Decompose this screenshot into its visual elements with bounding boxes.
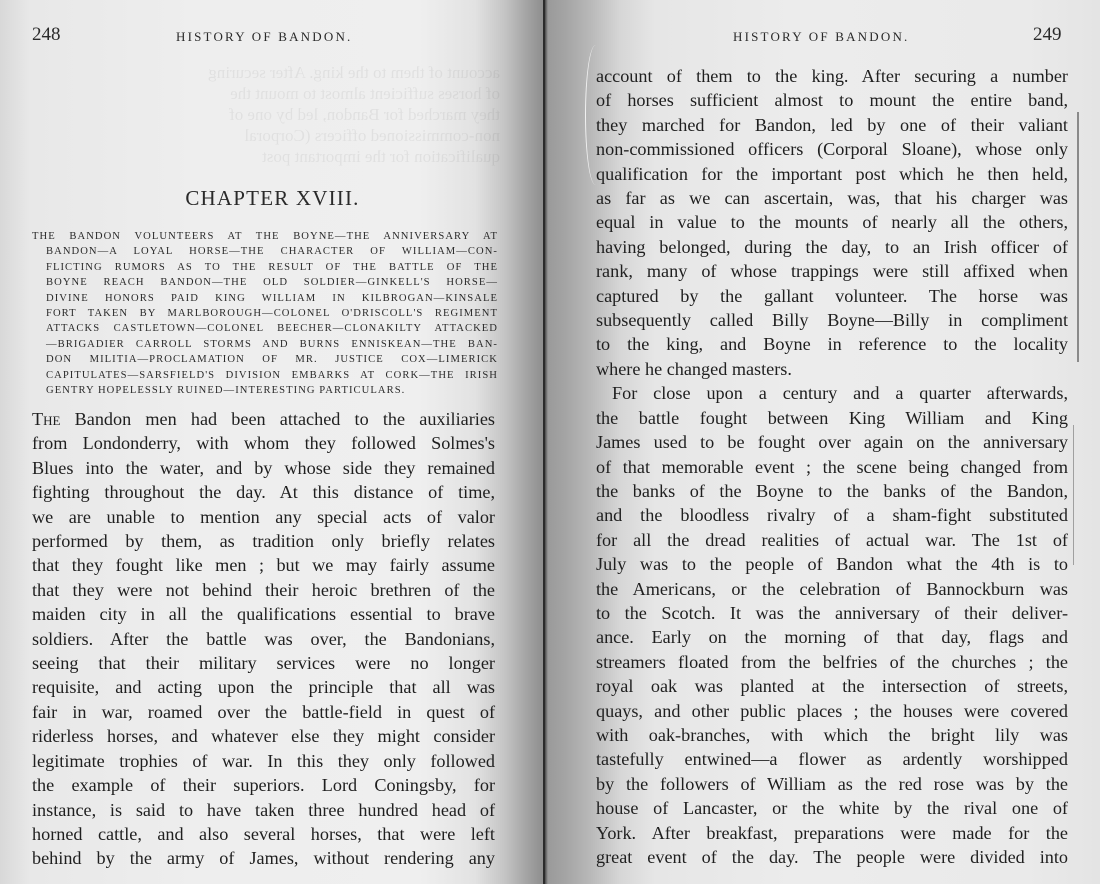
book-spread: 248 HISTORY OF BANDON. account of them t…	[0, 0, 1100, 884]
body-line: with oak-branches, with which the bright…	[596, 723, 1068, 747]
body-line: for all the dread realities of actual wa…	[596, 528, 1068, 552]
synopsis-line: CAPITULATES—SARSFIELD'S DIVISION EMBARKS…	[32, 368, 498, 383]
body-line: non-commissioned officers (Corporal Sloa…	[596, 137, 1068, 161]
running-head-right: HISTORY OF BANDON.	[733, 29, 909, 45]
synopsis-line: —BRIGADIER CARROLL STORMS AND BURNS ENNI…	[32, 337, 498, 352]
synopsis-line: GENTRY HOPELESSLY RUINED—INTERESTING PAR…	[32, 383, 498, 398]
body-line: horned cattle, and also several horses, …	[32, 822, 495, 846]
body-line: the example of their superiors. Lord Con…	[32, 773, 495, 797]
body-line: Blues into the water, and by whose side …	[32, 456, 495, 480]
body-line: rank, many of whose trappings were still…	[596, 259, 1068, 283]
body-line: by the followers of William as the red r…	[596, 772, 1068, 796]
synopsis-line: DON MILITIA—PROCLAMATION OF MR. JUSTICE …	[32, 352, 498, 367]
body-line: as far as we can ascertain, was, that hi…	[596, 186, 1068, 210]
bleed-through-text: account of them to the king. After secur…	[200, 62, 500, 167]
running-head-left: HISTORY OF BANDON.	[176, 29, 352, 45]
body-line: subsequently called Billy Boyne—Billy in…	[596, 308, 1068, 332]
body-line: to the king, and Boyne in reference to t…	[596, 332, 1068, 356]
body-line: fair in war, roamed over the battle-fiel…	[32, 700, 495, 724]
pencil-margin-mark	[1077, 112, 1079, 362]
synopsis-line: THE BANDON VOLUNTEERS AT THE BOYNE—THE A…	[32, 229, 498, 244]
body-line: legitimate trophies of war. In this they…	[32, 749, 495, 773]
synopsis-line: DIVINE HONORS PAID KING WILLIAM IN KILBR…	[32, 291, 498, 306]
body-line: to the Scotch. It was the anniversary of…	[596, 601, 1068, 625]
synopsis-line: FLICTING RUMORS AS TO THE RESULT OF THE …	[32, 260, 498, 275]
body-line: streamers floated from the belfries of t…	[596, 650, 1068, 674]
body-line: we are unable to mention any special act…	[32, 505, 495, 529]
left-body-text: The Bandon men had been attached to the …	[32, 407, 495, 871]
body-line: fighting throughout the day. At this dis…	[32, 480, 495, 504]
synopsis-line: BOYNE REACH BANDON—THE OLD SOLDIER—GINKE…	[32, 275, 498, 290]
body-line: soldiers. After the battle was over, the…	[32, 627, 495, 651]
body-line: For close upon a century and a quarter a…	[596, 381, 1068, 405]
body-line: the banks of the Boyne to the banks of t…	[596, 479, 1068, 503]
body-line: from Londonderry, with whom they followe…	[32, 431, 495, 455]
pencil-margin-mark	[1073, 425, 1074, 565]
body-line: that they were not behind their heroic b…	[32, 578, 495, 602]
body-line: house of Lancaster, or the white by the …	[596, 796, 1068, 820]
body-line: qualification for the important post whi…	[596, 162, 1068, 186]
body-line: the Americans, or the celebration of Ban…	[596, 577, 1068, 601]
drop-word: The	[32, 409, 60, 429]
page-number-left: 248	[32, 24, 61, 46]
body-line: where he changed masters.	[596, 357, 1068, 381]
body-line: and the bloodless rivalry of a sham-figh…	[596, 503, 1068, 527]
body-line: performed by them, as tradition only bri…	[32, 529, 495, 553]
body-line: equal in value to the mounts of nearly a…	[596, 210, 1068, 234]
body-line: of horses sufficient almost to mount the…	[596, 88, 1068, 112]
body-line: ance. Early on the morning of that day, …	[596, 625, 1068, 649]
chapter-title: CHAPTER XVIII.	[0, 186, 545, 211]
body-line: account of them to the king. After secur…	[596, 64, 1068, 88]
body-line: requisite, and acting upon the principle…	[32, 675, 495, 699]
body-line: the battle fought between King William a…	[596, 406, 1068, 430]
page-number-right: 249	[1033, 24, 1062, 46]
body-line: royal oak was planted at the intersectio…	[596, 674, 1068, 698]
body-line: riderless horses, and whatever else they…	[32, 724, 495, 748]
body-line: tastefully entwined—a flower as ardently…	[596, 747, 1068, 771]
body-line: behind by the army of James, without ren…	[32, 846, 495, 870]
synopsis-line: FORT TAKEN BY MARLBOROUGH—COLONEL O'DRIS…	[32, 306, 498, 321]
body-line: great event of the day. The people were …	[596, 845, 1068, 869]
synopsis-line: ATTACKS CASTLETOWN—COLONEL BEECHER—CLONA…	[32, 321, 498, 336]
body-line: captured by the gallant volunteer. The h…	[596, 284, 1068, 308]
body-line: having belonged, during the day, to an I…	[596, 235, 1068, 259]
body-line: seeing that their military services were…	[32, 651, 495, 675]
body-line: of that memorable event ; the scene bein…	[596, 455, 1068, 479]
body-line: York. After breakfast, preparations were…	[596, 821, 1068, 845]
body-line: that they fought like men ; but we may f…	[32, 553, 495, 577]
synopsis-line: BANDON—A LOYAL HORSE—THE CHARACTER OF WI…	[32, 244, 498, 259]
body-line: maiden city in all the qualifications es…	[32, 602, 495, 626]
body-line: they marched for Bandon, led by one of t…	[596, 113, 1068, 137]
body-line: James used to be fought over again on th…	[596, 430, 1068, 454]
left-page: 248 HISTORY OF BANDON. account of them t…	[0, 0, 545, 884]
body-line: instance, is said to have taken three hu…	[32, 798, 495, 822]
chapter-synopsis: THE BANDON VOLUNTEERS AT THE BOYNE—THE A…	[32, 229, 498, 398]
right-body-text: account of them to the king. After secur…	[596, 64, 1068, 869]
body-line: quays, and other public places ; the hou…	[596, 699, 1068, 723]
body-line: July was to the people of Bandon what th…	[596, 552, 1068, 576]
body-line: The Bandon men had been attached to the …	[32, 407, 495, 431]
